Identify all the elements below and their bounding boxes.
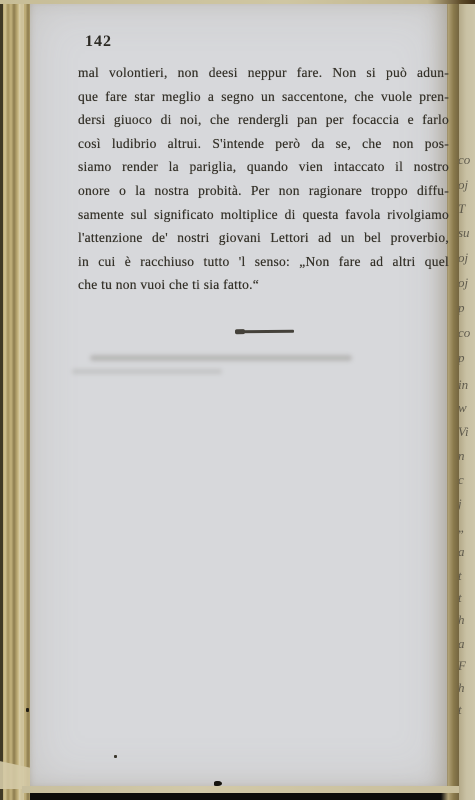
bleed-through-text: [72, 369, 222, 374]
facing-page-text-fragment: oj: [458, 177, 468, 193]
book-page: 142 mal volontieri, non deesi neppur far…: [30, 3, 447, 786]
facing-page-text-fragment: co: [458, 325, 470, 341]
facing-page-text-fragment: oj: [458, 250, 468, 266]
body-text-line: così ludibrio altrui. S'intende però da …: [78, 132, 449, 156]
body-text-line: mal volontieri, non deesi neppur fare. N…: [78, 61, 449, 85]
facing-page-text-fragment: su: [458, 225, 470, 241]
page-bottom-edge: [22, 786, 459, 793]
facing-page-text-fragment: F: [458, 658, 466, 674]
facing-page-text-fragment: co: [458, 152, 470, 168]
facing-page-text-fragment: oj: [458, 275, 468, 291]
body-text-line: que fare star meglio a segno un saccento…: [78, 85, 449, 109]
facing-page-text-fragment: in: [458, 377, 468, 393]
body-text-line: che tu non vuoi che ti sia fatto.“: [78, 273, 449, 297]
dust-speck: [26, 708, 29, 712]
page-top-edge: [0, 0, 475, 4]
body-text-line: samente sul significato moltiplice di qu…: [78, 203, 449, 227]
facing-page-text-fragment: w: [458, 400, 467, 416]
dust-speck: [114, 755, 117, 758]
book-scan: coojTsuojojpcopinwVincj„atthaFht 142 mal…: [0, 0, 475, 800]
body-text: mal volontieri, non deesi neppur fare. N…: [78, 61, 449, 297]
facing-page-text-fragment: Vi: [458, 424, 469, 440]
body-text-line: in cui è racchiuso tutto 'l senso: „Non …: [78, 250, 449, 274]
ink-speck: [214, 781, 222, 786]
page-number: 142: [85, 33, 112, 51]
body-text-line: l'attenzione de' nostri giovani Lettori …: [78, 226, 449, 250]
bleed-through-text: [90, 355, 352, 361]
section-divider: [235, 330, 294, 333]
body-text-line: onore o la nostra probità. Per non ragio…: [78, 179, 449, 203]
body-text-line: dersi giuoco di noi, che rendergli pan p…: [78, 108, 449, 132]
book-binding-left: [0, 0, 30, 800]
body-text-line: siamo render la pariglia, quando vien in…: [78, 155, 449, 179]
facing-page-text-fragment: T: [458, 201, 465, 217]
facing-page-text-fragment: „: [458, 520, 465, 536]
